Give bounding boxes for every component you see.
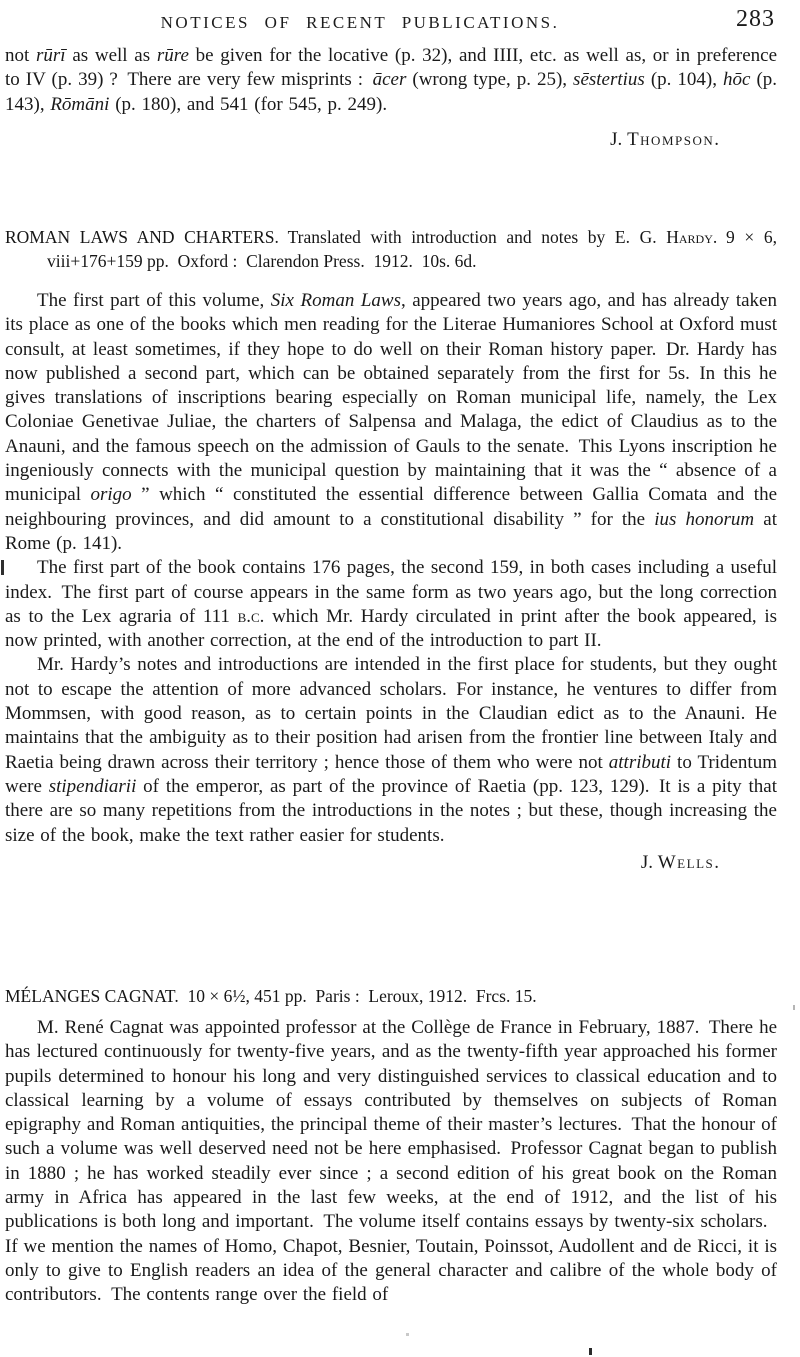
reviewer-signature-wells: J. Wells. [5, 851, 777, 875]
journal-page: NOTICES OF RECENT PUBLICATIONS. 283 not … [0, 0, 800, 1357]
scan-artifact-bottom-tick [589, 1348, 592, 1355]
review-thompson-continuation: not rūrī as well as rūre be given for th… [5, 44, 777, 117]
running-head: NOTICES OF RECENT PUBLICATIONS. 283 [0, 6, 800, 42]
book-heading-hardy: ROMAN LAWS AND CHARTERS. Translated with… [5, 225, 777, 273]
review-hardy-body: The first part of this volume, Six Roman… [5, 289, 777, 875]
book-heading-line2: viii+176+159 pp. Oxford : Clarendon Pres… [5, 249, 777, 273]
book-heading-cagnat: MÉLANGES CAGNAT. 10 × 6½, 451 pp. Paris … [5, 984, 777, 1008]
scan-artifact-right-dot [793, 1005, 795, 1010]
review-thompson-signature-row: J. Thompson. [5, 128, 777, 152]
review-paragraph: The first part of this volume, Six Roman… [5, 289, 777, 556]
review-paragraph: The first part of the book contains 176 … [5, 556, 777, 653]
scan-artifact-faint-dot [406, 1333, 409, 1336]
review-paragraph: M. René Cagnat was appointed professor a… [5, 1016, 777, 1308]
review-paragraph: Mr. Hardy’s notes and introductions are … [5, 653, 777, 847]
page-number: 283 [736, 6, 775, 33]
book-heading-line1: MÉLANGES CAGNAT. 10 × 6½, 451 pp. Paris … [5, 984, 777, 1008]
scan-artifact-margin-bar [1, 560, 4, 575]
reviewer-signature-thompson: J. Thompson. [5, 128, 777, 152]
book-heading-line1: ROMAN LAWS AND CHARTERS. Translated with… [5, 225, 777, 249]
review-cagnat-body: M. René Cagnat was appointed professor a… [5, 1016, 777, 1308]
review-paragraph: not rūrī as well as rūre be given for th… [5, 44, 777, 117]
running-head-title: NOTICES OF RECENT PUBLICATIONS. [0, 13, 720, 33]
